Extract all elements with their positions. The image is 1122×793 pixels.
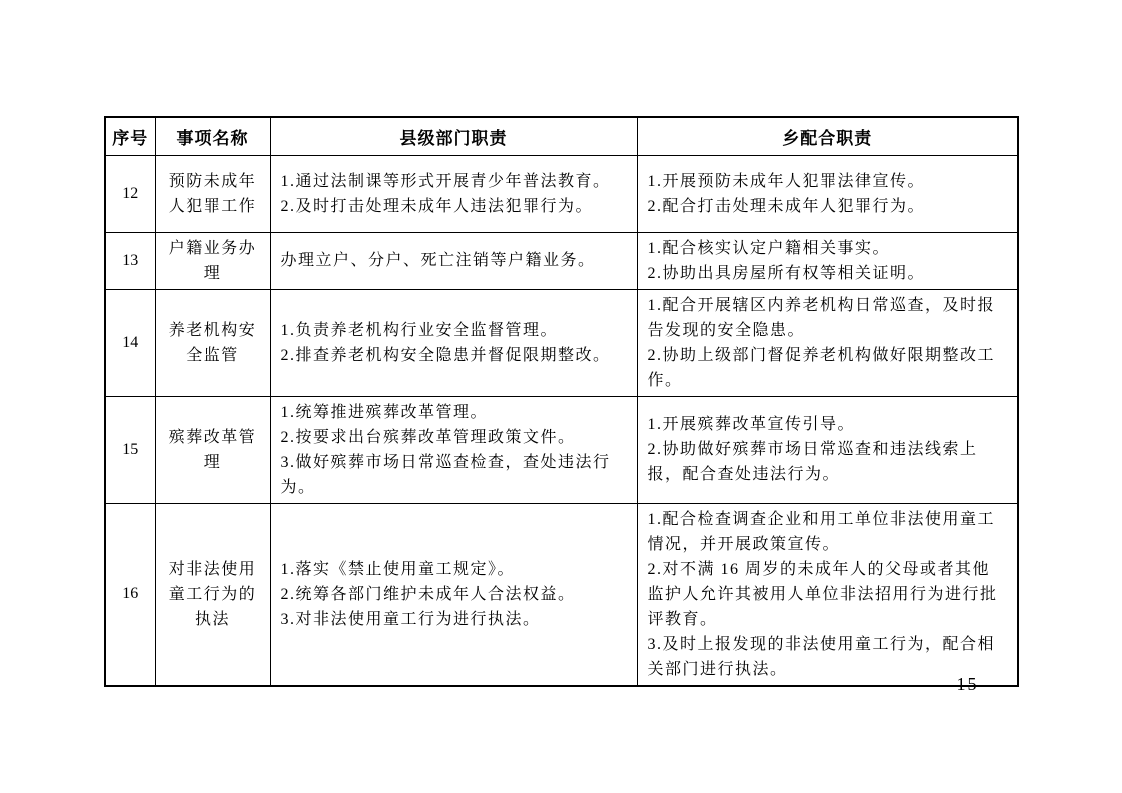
duty-item: 2.协助做好殡葬市场日常巡查和违法线索上报，配合查处违法行为。 [648, 437, 1008, 487]
duty-item: 1.落实《禁止使用童工规定》。 [281, 557, 627, 582]
table-body: 12预防未成年人犯罪工作1.通过法制课等形式开展青少年普法教育。2.及时打击处理… [105, 155, 1018, 686]
duty-item: 1.配合检查调查企业和用工单位非法使用童工情况，并开展政策宣传。 [648, 507, 1008, 557]
cell-county-duties: 1.统筹推进殡葬改革管理。2.按要求出台殡葬改革管理政策文件。3.做好殡葬市场日… [270, 396, 637, 503]
table-header-row: 序号 事项名称 县级部门职责 乡配合职责 [105, 117, 1018, 155]
table-header: 序号 事项名称 县级部门职责 乡配合职责 [105, 117, 1018, 155]
cell-township-duties: 1.配合核实认定户籍相关事实。2.协助出具房屋所有权等相关证明。 [637, 232, 1018, 289]
responsibility-table: 序号 事项名称 县级部门职责 乡配合职责 12预防未成年人犯罪工作1.通过法制课… [104, 116, 1019, 687]
cell-name: 养老机构安全监管 [155, 289, 270, 396]
cell-seq: 15 [105, 396, 155, 503]
table-row: 14养老机构安全监管1.负责养老机构行业安全监督管理。2.排查养老机构安全隐患并… [105, 289, 1018, 396]
duty-item: 2.按要求出台殡葬改革管理政策文件。 [281, 425, 627, 450]
duty-item: 2.协助出具房屋所有权等相关证明。 [648, 261, 1008, 286]
duty-item: 2.配合打击处理未成年人犯罪行为。 [648, 194, 1008, 219]
duty-item: 2.排查养老机构安全隐患并督促限期整改。 [281, 343, 627, 368]
header-cell-seq: 序号 [105, 117, 155, 155]
cell-county-duties: 1.通过法制课等形式开展青少年普法教育。2.及时打击处理未成年人违法犯罪行为。 [270, 155, 637, 232]
cell-township-duties: 1.配合检查调查企业和用工单位非法使用童工情况，并开展政策宣传。2.对不满 16… [637, 503, 1018, 686]
header-cell-name: 事项名称 [155, 117, 270, 155]
duty-item: 1.通过法制课等形式开展青少年普法教育。 [281, 169, 627, 194]
header-cell-township: 乡配合职责 [637, 117, 1018, 155]
duty-item: 1.配合核实认定户籍相关事实。 [648, 236, 1008, 261]
duty-item: 1.配合开展辖区内养老机构日常巡查，及时报告发现的安全隐患。 [648, 293, 1008, 343]
duty-item: 2.对不满 16 周岁的未成年人的父母或者其他监护人允许其被用人单位非法招用行为… [648, 557, 1008, 632]
table-row: 16对非法使用童工行为的执法1.落实《禁止使用童工规定》。2.统筹各部门维护未成… [105, 503, 1018, 686]
cell-township-duties: 1.配合开展辖区内养老机构日常巡查，及时报告发现的安全隐患。2.协助上级部门督促… [637, 289, 1018, 396]
duty-item: 1.负责养老机构行业安全监督管理。 [281, 318, 627, 343]
duty-item: 1.开展预防未成年人犯罪法律宣传。 [648, 169, 1008, 194]
table-row: 12预防未成年人犯罪工作1.通过法制课等形式开展青少年普法教育。2.及时打击处理… [105, 155, 1018, 232]
cell-township-duties: 1.开展殡葬改革宣传引导。2.协助做好殡葬市场日常巡查和违法线索上报，配合查处违… [637, 396, 1018, 503]
cell-county-duties: 办理立户、分户、死亡注销等户籍业务。 [270, 232, 637, 289]
cell-county-duties: 1.落实《禁止使用童工规定》。2.统筹各部门维护未成年人合法权益。3.对非法使用… [270, 503, 637, 686]
table-row: 15殡葬改革管理1.统筹推进殡葬改革管理。2.按要求出台殡葬改革管理政策文件。3… [105, 396, 1018, 503]
cell-name: 预防未成年人犯罪工作 [155, 155, 270, 232]
cell-township-duties: 1.开展预防未成年人犯罪法律宣传。2.配合打击处理未成年人犯罪行为。 [637, 155, 1018, 232]
duty-item: 3.对非法使用童工行为进行执法。 [281, 607, 627, 632]
duty-item: 3.做好殡葬市场日常巡查检查，查处违法行为。 [281, 450, 627, 500]
duty-item: 1.统筹推进殡葬改革管理。 [281, 400, 627, 425]
duty-item: 办理立户、分户、死亡注销等户籍业务。 [281, 248, 627, 273]
cell-seq: 14 [105, 289, 155, 396]
header-cell-county: 县级部门职责 [270, 117, 637, 155]
page-number: — 15 — [930, 674, 1005, 695]
cell-name: 户籍业务办理 [155, 232, 270, 289]
cell-name: 殡葬改革管理 [155, 396, 270, 503]
cell-seq: 13 [105, 232, 155, 289]
cell-name: 对非法使用童工行为的执法 [155, 503, 270, 686]
duty-item: 1.开展殡葬改革宣传引导。 [648, 412, 1008, 437]
cell-county-duties: 1.负责养老机构行业安全监督管理。2.排查养老机构安全隐患并督促限期整改。 [270, 289, 637, 396]
duty-item: 2.及时打击处理未成年人违法犯罪行为。 [281, 194, 627, 219]
cell-seq: 12 [105, 155, 155, 232]
duty-item: 2.协助上级部门督促养老机构做好限期整改工作。 [648, 343, 1008, 393]
document-page: 序号 事项名称 县级部门职责 乡配合职责 12预防未成年人犯罪工作1.通过法制课… [0, 0, 1122, 793]
table-row: 13户籍业务办理办理立户、分户、死亡注销等户籍业务。1.配合核实认定户籍相关事实… [105, 232, 1018, 289]
duty-item: 2.统筹各部门维护未成年人合法权益。 [281, 582, 627, 607]
cell-seq: 16 [105, 503, 155, 686]
